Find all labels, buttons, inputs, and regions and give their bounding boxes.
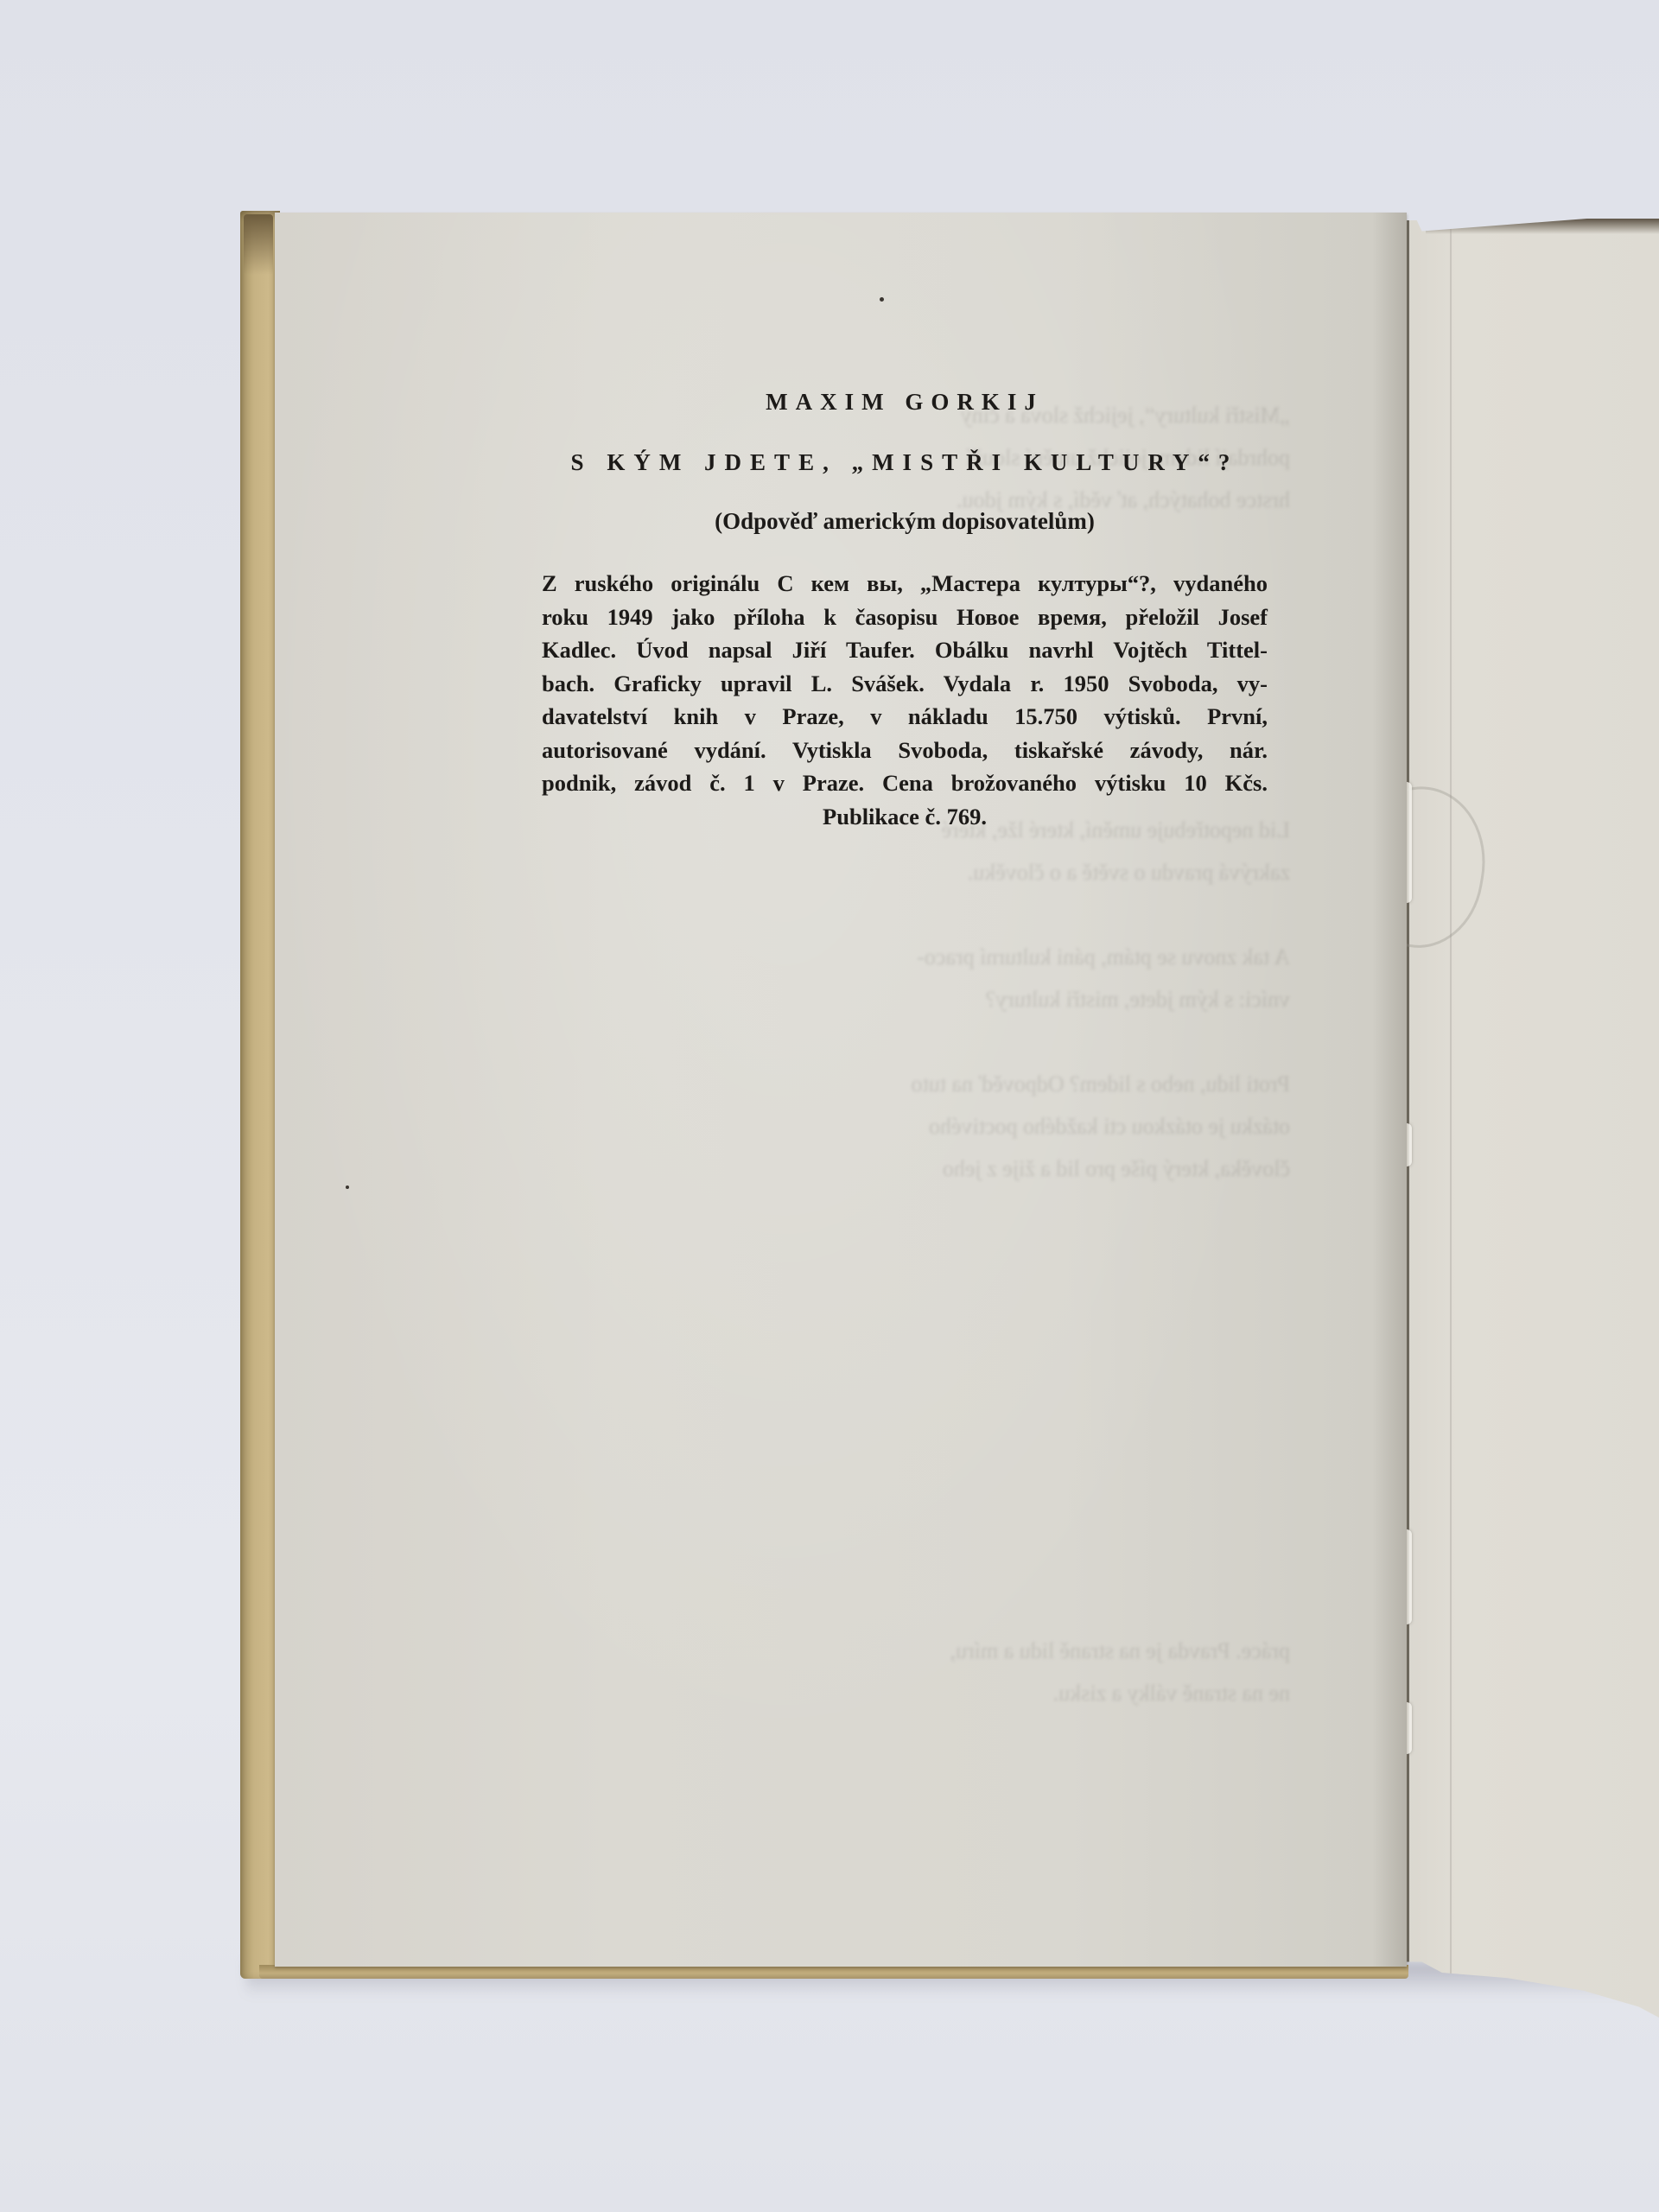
gutter-shadow: [1372, 213, 1407, 1967]
book-subtitle: (Odpověď americkým dopisovatelům): [542, 508, 1268, 543]
cover-bottom-edge: [259, 1965, 1408, 1979]
publication-number: Publikace č. 769.: [542, 800, 1268, 834]
paper-speck: [346, 1185, 349, 1189]
title-verso-text: MAXIM GORKIJ S KÝM JDETE, „MISTŘI KULTUR…: [542, 380, 1268, 833]
book-title: S KÝM JDETE, „MISTŘI KULTURY“?: [542, 449, 1268, 484]
show-through-text: práce. Pravda je na straně lidu a míru, …: [538, 1630, 1290, 1714]
cover-corner-wear: [244, 214, 273, 275]
colophon: Z ruského originálu С кем вы, „Мастера к…: [542, 567, 1268, 833]
colophon-line: podnik, závod č. 1 v Praze. Cena brožova…: [542, 766, 1268, 800]
author-name: MAXIM GORKIJ: [542, 389, 1268, 423]
colophon-line: davatelství knih v Praze, v nákladu 15.7…: [542, 700, 1268, 734]
paper-speck: [880, 297, 884, 302]
photo-scene: „Mistři kultury“, jejichž slova a činy p…: [0, 0, 1659, 2212]
colophon-line: roku 1949 jako příloha k časopisu Новое …: [542, 601, 1268, 634]
colophon-line: Kadlec. Úvod napsal Jiří Taufer. Obálku …: [542, 633, 1268, 667]
colophon-line: autorisované vydání. Vytiskla Svoboda, t…: [542, 734, 1268, 767]
colophon-line: bach. Graficky upravil L. Svášek. Vydala…: [542, 667, 1268, 701]
right-cover-page: [1407, 220, 1659, 2018]
colophon-line: Z ruského originálu С кем вы, „Мастера к…: [542, 567, 1268, 601]
show-through-text: Lid nepotřebuje umění, které lže, které …: [538, 809, 1290, 1190]
right-page-top-edge: [1426, 219, 1659, 234]
cover-crease: [1450, 220, 1452, 2018]
